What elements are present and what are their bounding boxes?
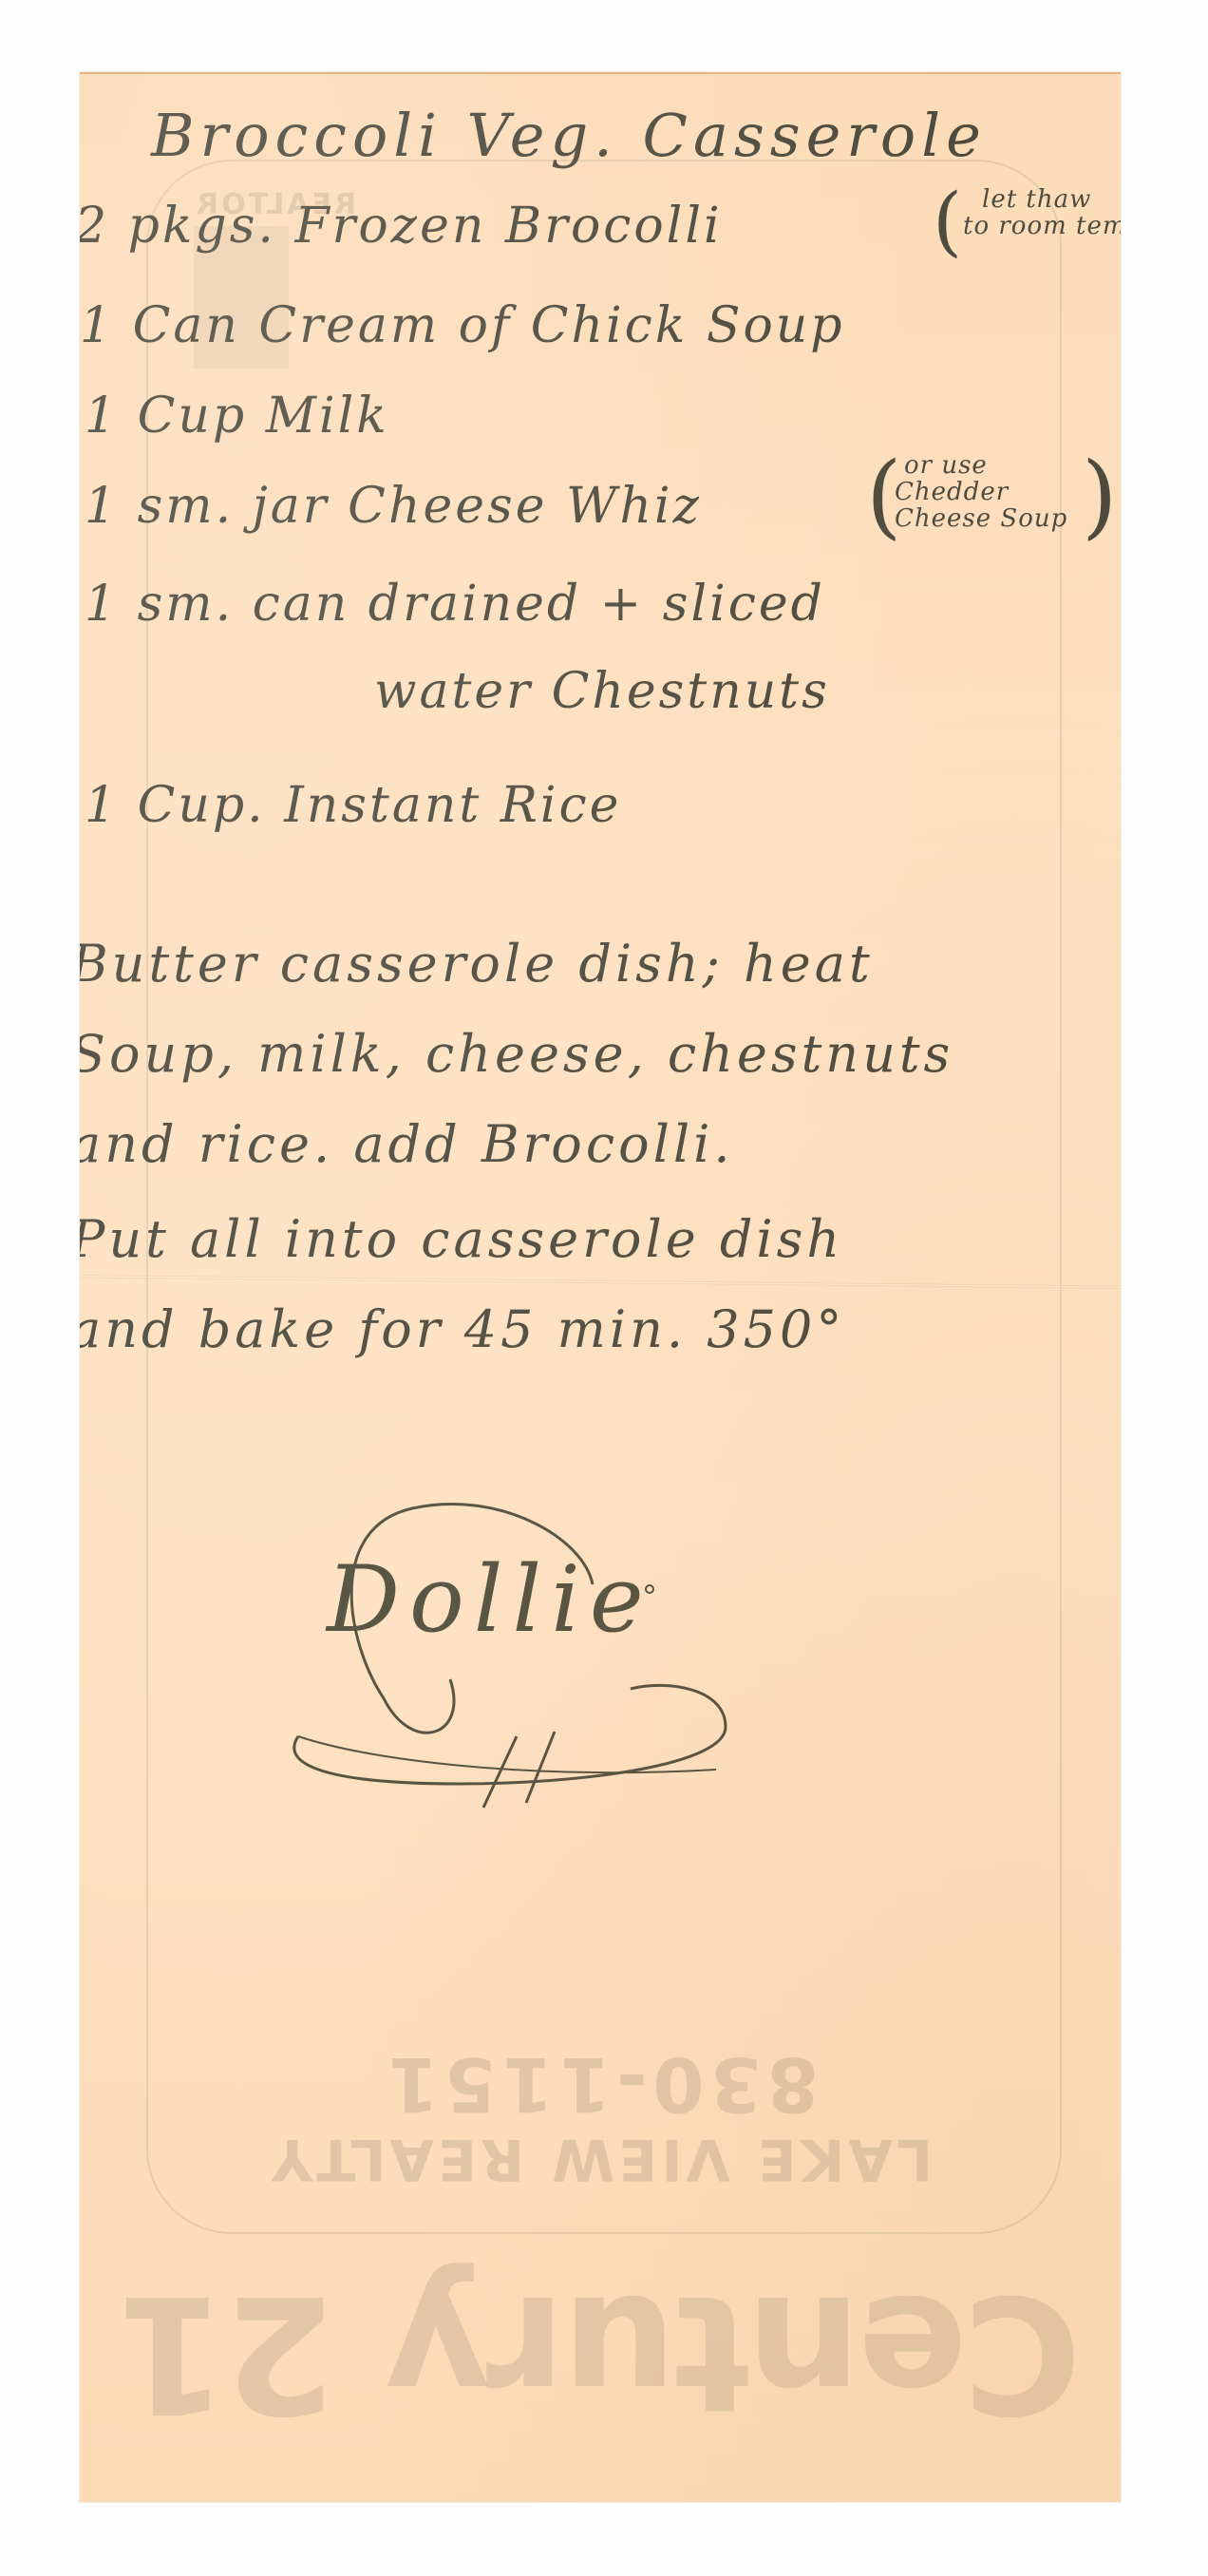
letterhead-company: LAKE VIEW REALTY bbox=[80, 2126, 1121, 2192]
direction-line-4: Put all into casserole dish bbox=[80, 1209, 843, 1269]
direction-line-2: Soup, milk, cheese, chestnuts bbox=[80, 1024, 953, 1084]
ingredient-4-note: or use Chedder Cheese Soup bbox=[895, 452, 1067, 532]
direction-line-1: Butter casserole dish; heat bbox=[80, 934, 874, 994]
note-line: Chedder bbox=[895, 479, 1067, 505]
recipe-card: REALTOR 830-1151 LAKE VIEW REALTY Centur… bbox=[80, 72, 1121, 2502]
ingredient-6: 1 Cup. Instant Rice bbox=[85, 777, 621, 834]
signature: Dollie bbox=[270, 1451, 764, 1812]
ingredient-2: 1 Can Cream of Chick Soup bbox=[80, 297, 845, 354]
ingredient-3: 1 Cup Milk bbox=[85, 388, 389, 445]
note-line: Cheese Soup bbox=[895, 505, 1067, 532]
ingredient-5: 1 sm. can drained + sliced bbox=[85, 576, 825, 633]
ingredient-4: 1 sm. jar Cheese Whiz bbox=[85, 478, 702, 535]
letterhead-brand: Century 21 bbox=[80, 2259, 1121, 2447]
note-line: to room temp. bbox=[963, 213, 1121, 239]
note-line: or use bbox=[895, 452, 1067, 479]
ingredient-1: 2 pkgs. Frozen Brocolli bbox=[80, 198, 723, 255]
direction-line-5: and bake for 45 min. 350° bbox=[80, 1299, 845, 1359]
note-line: let thaw bbox=[963, 186, 1121, 213]
ingredient-5-cont: water Chestnuts bbox=[374, 663, 830, 720]
note-paren-close: ) bbox=[1082, 443, 1117, 549]
recipe-title: Broccoli Veg. Casserole bbox=[151, 101, 987, 170]
signature-name: Dollie bbox=[327, 1546, 653, 1653]
ingredient-1-note: let thaw to room temp. bbox=[963, 186, 1121, 239]
fold-crease bbox=[80, 1275, 1121, 1288]
note-paren-open: ( bbox=[933, 177, 962, 265]
direction-line-3: and rice. add Brocolli. bbox=[80, 1114, 734, 1174]
letterhead-phone: 830-1151 bbox=[80, 2040, 1121, 2126]
